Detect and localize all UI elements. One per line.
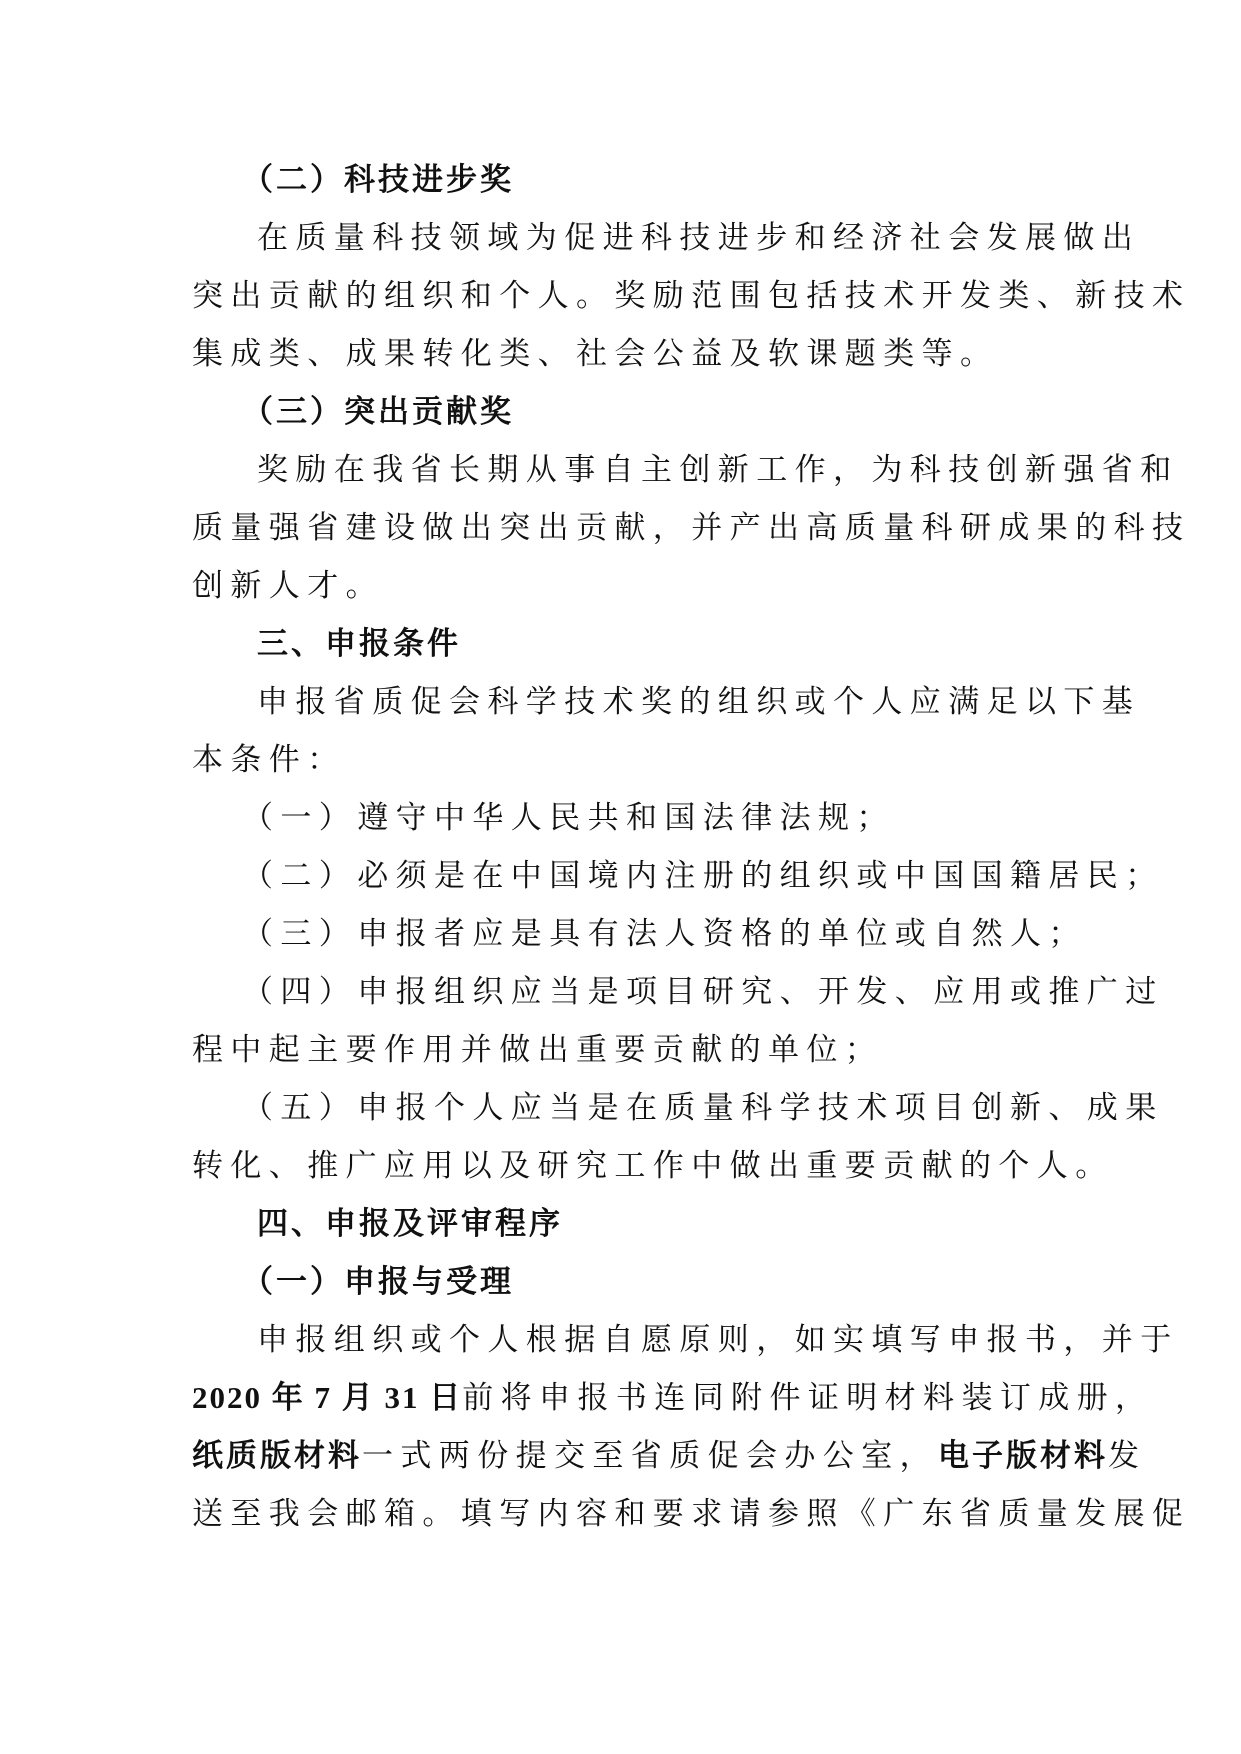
paragraph-line: 突出贡献的组织和个人。奖励范围包括技术开发类、新技术 xyxy=(192,276,1190,334)
list-item-condition-5-cont: 转化、推广应用以及研究工作中做出重要贡献的个人。 xyxy=(192,1146,1114,1204)
paragraph-line-materials: 纸质版材料一式两份提交至省质促会办公室，电子版材料发 xyxy=(192,1436,1146,1494)
list-item-condition-3: （三）申报者应是具有法人资格的单位或自然人； xyxy=(242,914,1087,972)
deadline-date: 2020 年 7 月 31 日 xyxy=(192,1380,462,1415)
heading-application-conditions: 三、申报条件 xyxy=(257,624,461,682)
subheading-application-acceptance: （一）申报与受理 xyxy=(242,1262,514,1320)
paragraph-line: 在质量科技领域为促进科技进步和经济社会发展做出 xyxy=(257,218,1140,276)
list-item-condition-1: （一）遵守中华人民共和国法律法规； xyxy=(242,798,895,856)
deadline-rest: 前将申报书连同附件证明材料装订成册， xyxy=(462,1380,1153,1416)
subheading-tech-progress-award: （二）科技进步奖 xyxy=(242,160,514,218)
paper-materials-text: 一式两份提交至省质促会办公室， xyxy=(362,1438,938,1474)
list-item-condition-5: （五）申报个人应当是在质量科学技术项目创新、成果 xyxy=(242,1088,1164,1146)
paragraph-line: 创新人才。 xyxy=(192,566,384,624)
electronic-materials-text: 发 xyxy=(1108,1438,1146,1474)
list-item-condition-4: （四）申报组织应当是项目研究、开发、应用或推广过 xyxy=(242,972,1164,1030)
paragraph-line: 申报省质促会科学技术奖的组织或个人应满足以下基 xyxy=(257,682,1140,740)
heading-application-review-procedure: 四、申报及评审程序 xyxy=(257,1204,563,1262)
electronic-materials-label: 电子版材料 xyxy=(938,1438,1108,1474)
list-item-condition-4-cont: 程中起主要作用并做出重要贡献的单位； xyxy=(192,1030,883,1088)
paragraph-line-deadline: 2020 年 7 月 31 日前将申报书连同附件证明材料装订成册， xyxy=(192,1378,1153,1436)
paragraph-line: 奖励在我省长期从事自主创新工作，为科技创新强省和 xyxy=(257,450,1179,508)
list-item-condition-2: （二）必须是在中国境内注册的组织或中国国籍居民； xyxy=(242,856,1164,914)
paragraph-line: 集成类、成果转化类、社会公益及软课题类等。 xyxy=(192,334,998,392)
paragraph-line: 质量强省建设做出突出贡献，并产出高质量科研成果的科技 xyxy=(192,508,1190,566)
paragraph-line: 送至我会邮箱。填写内容和要求请参照《广东省质量发展促 xyxy=(192,1494,1190,1552)
paragraph-line: 申报组织或个人根据自愿原则，如实填写申报书，并于 xyxy=(257,1320,1179,1378)
paragraph-line: 本条件： xyxy=(192,740,346,798)
paper-materials-label: 纸质版材料 xyxy=(192,1438,362,1474)
subheading-outstanding-contribution-award: （三）突出贡献奖 xyxy=(242,392,514,450)
